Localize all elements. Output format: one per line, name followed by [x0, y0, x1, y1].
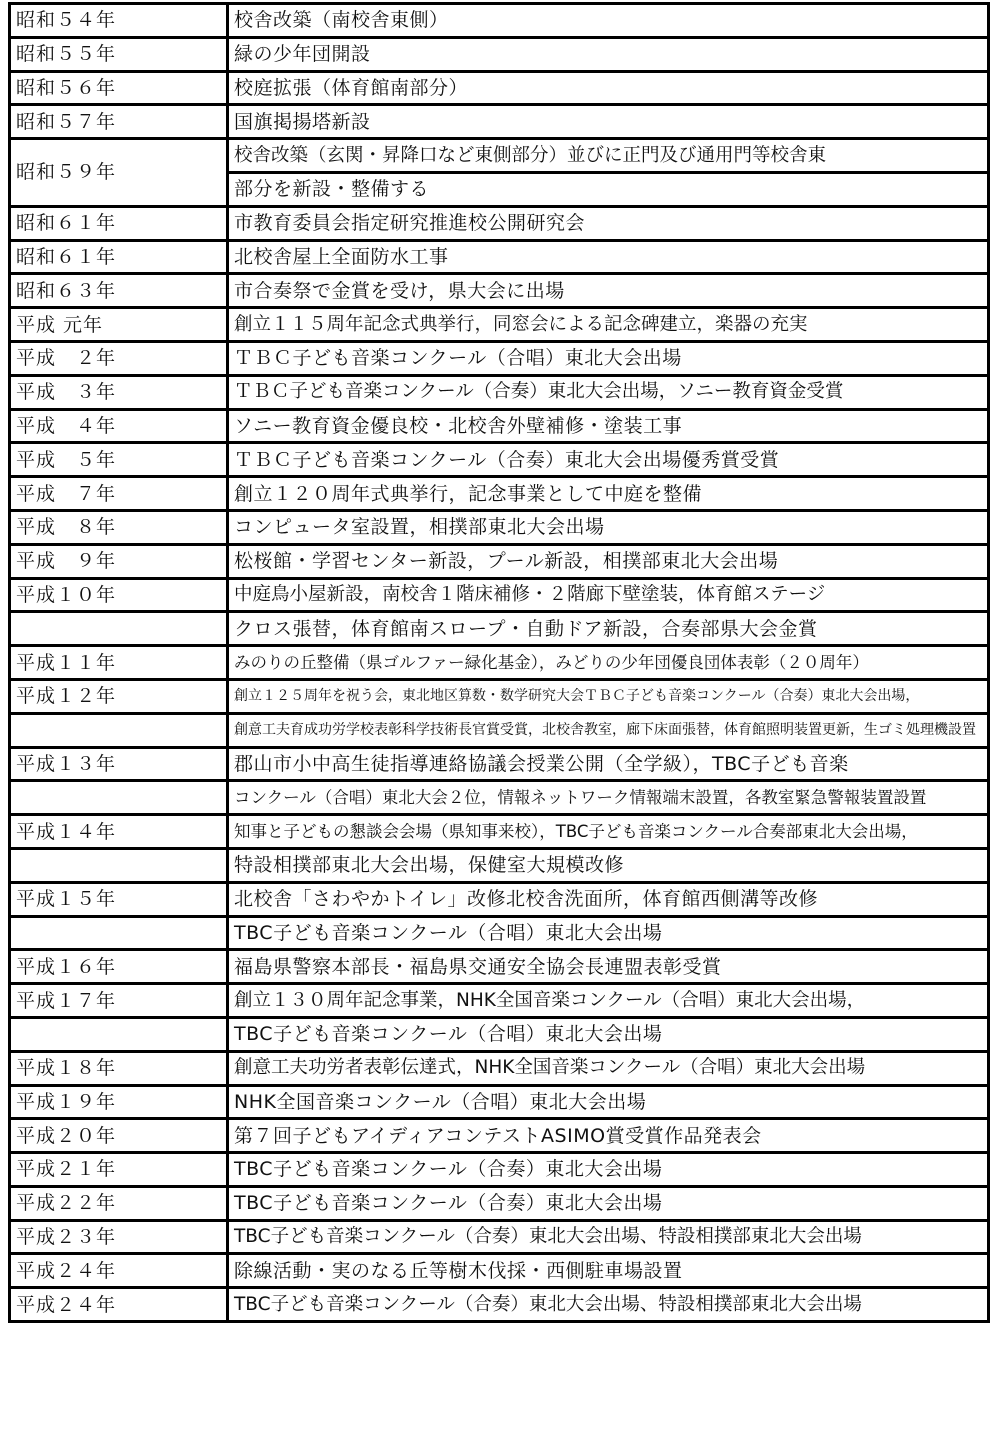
- event-cell: 中庭鳥小屋新設，南校舎１階床補修・２階廊下壁塗装，体育館ステージ: [228, 578, 989, 612]
- event-cell: 校舎改築（玄関・昇降口など東側部分）並びに正門及び通用門等校舎東: [228, 139, 989, 173]
- year-cell: 昭和６１年: [10, 206, 228, 240]
- year-cell: 平成 ７年: [10, 477, 228, 511]
- event-cell: TBC子ども音楽コンクール（合奏）東北大会出場、特設相撲部東北大会出場: [228, 1220, 989, 1254]
- year-cell: 平成１５年: [10, 882, 228, 916]
- table-row: コンクール（合唱）東北大会２位，情報ネットワーク情報端末設置，各教室緊急警報装置…: [10, 781, 989, 815]
- table-row: 昭和５５年緑の少年団開設: [10, 37, 989, 71]
- event-cell: 北校舎「さわやかトイレ」改修北校舎洗面所，体育館西側溝等改修: [228, 882, 989, 916]
- table-row: 平成１８年創意工夫功労者表彰伝達式，NHK全国音楽コンクール（合唱）東北大会出場: [10, 1051, 989, 1085]
- table-row: 平成１２年創立１２５周年を祝う会，東北地区算数・数学研究大会ＴＢＣ子ども音楽コン…: [10, 679, 989, 713]
- table-row: 平成１０年中庭鳥小屋新設，南校舎１階床補修・２階廊下壁塗装，体育館ステージ: [10, 578, 989, 612]
- school-history-table: 昭和５４年校舎改築（南校舎東側） 昭和５５年緑の少年団開設 昭和５６年校庭拡張（…: [8, 2, 990, 1323]
- table-row: 平成２４年TBC子ども音楽コンクール（合奏）東北大会出場、特設相撲部東北大会出場: [10, 1288, 989, 1322]
- year-cell: 平成１１年: [10, 646, 228, 680]
- table-row: 昭和６１年市教育委員会指定研究推進校公開研究会: [10, 206, 989, 240]
- year-cell: 昭和５７年: [10, 105, 228, 139]
- year-cell: 平成１７年: [10, 984, 228, 1018]
- event-cell: 国旗掲揚塔新設: [228, 105, 989, 139]
- year-cell: 平成１０年: [10, 578, 228, 612]
- table-row: 昭和５６年校庭拡張（体育館南部分）: [10, 71, 989, 105]
- table-row: 昭和５４年校舎改築（南校舎東側）: [10, 4, 989, 38]
- table-row: 平成２４年除線活動・実のなる丘等樹木伐採・西側駐車場設置: [10, 1254, 989, 1288]
- table-row: 平成１７年創立１３０周年記念事業，NHK全国音楽コンクール（合唱）東北大会出場，: [10, 984, 989, 1018]
- event-cell: 市合奏祭で金賞を受け，県大会に出場: [228, 274, 989, 308]
- year-cell: 平成 ９年: [10, 544, 228, 578]
- event-cell: コンクール（合唱）東北大会２位，情報ネットワーク情報端末設置，各教室緊急警報装置…: [228, 781, 989, 815]
- event-cell: TBC子ども音楽コンクール（合唱）東北大会出場: [228, 1017, 989, 1051]
- year-cell: 昭和５６年: [10, 71, 228, 105]
- event-cell: ＴＢＣ子ども音楽コンクール（合奏）東北大会出場優秀賞受賞: [228, 443, 989, 477]
- event-cell: コンピュータ室設置，相撲部東北大会出場: [228, 510, 989, 544]
- event-cell: NHK全国音楽コンクール（合唱）東北大会出場: [228, 1085, 989, 1119]
- year-cell: 平成２０年: [10, 1119, 228, 1153]
- event-cell: TBC子ども音楽コンクール（合唱）東北大会出場: [228, 916, 989, 950]
- event-cell: 創意工夫育成功労学校表彰科学技術長官賞受賞，北校舎教室，廊下床面張替，体育館照明…: [228, 713, 989, 747]
- table-row: 平成２２年TBC子ども音楽コンクール（合奏）東北大会出場: [10, 1186, 989, 1220]
- event-cell: 北校舎屋上全面防水工事: [228, 240, 989, 274]
- table-row: 平成１４年知事と子どもの懇談会会場（県知事来校），TBC子ども音楽コンクール合奏…: [10, 815, 989, 849]
- table-row: 平成 ２年ＴＢＣ子ども音楽コンクール（合唱）東北大会出場: [10, 341, 989, 375]
- year-cell: 平成２４年: [10, 1254, 228, 1288]
- event-cell: 特設相撲部東北大会出場，保健室大規模改修: [228, 848, 989, 882]
- event-cell: 郡山市小中高生徒指導連絡協議会授業公開（全学級），TBC子ども音楽: [228, 747, 989, 781]
- year-cell: 平成１８年: [10, 1051, 228, 1085]
- event-cell: 校舎改築（南校舎東側）: [228, 4, 989, 38]
- year-cell: [10, 916, 228, 950]
- year-cell: 平成１２年: [10, 679, 228, 713]
- year-cell: 昭和６３年: [10, 274, 228, 308]
- table-row: 平成２３年TBC子ども音楽コンクール（合奏）東北大会出場、特設相撲部東北大会出場: [10, 1220, 989, 1254]
- table-row: 平成 元年創立１１５周年記念式典挙行，同窓会による記念碑建立，楽器の充実: [10, 308, 989, 342]
- year-cell: 昭和５９年: [10, 139, 228, 207]
- event-cell: みのりの丘整備（県ゴルファー緑化基金），みどりの少年団優良団体表彰（２０周年）: [228, 646, 989, 680]
- year-cell: [10, 713, 228, 747]
- table-row: 平成１３年郡山市小中高生徒指導連絡協議会授業公開（全学級），TBC子ども音楽: [10, 747, 989, 781]
- event-cell: TBC子ども音楽コンクール（合奏）東北大会出場、特設相撲部東北大会出場: [228, 1288, 989, 1322]
- year-cell: 平成 ４年: [10, 409, 228, 443]
- table-row: 昭和６３年市合奏祭で金賞を受け，県大会に出場: [10, 274, 989, 308]
- table-row: 平成１１年みのりの丘整備（県ゴルファー緑化基金），みどりの少年団優良団体表彰（２…: [10, 646, 989, 680]
- year-cell: 昭和５５年: [10, 37, 228, 71]
- event-cell: ＴＢＣ子ども音楽コンクール（合唱）東北大会出場: [228, 341, 989, 375]
- table-row: 平成 ３年ＴＢＣ子ども音楽コンクール（合奏）東北大会出場，ソニー教育資金受賞: [10, 375, 989, 409]
- year-cell: 平成１３年: [10, 747, 228, 781]
- year-cell: 平成 ３年: [10, 375, 228, 409]
- event-cell: 知事と子どもの懇談会会場（県知事来校），TBC子ども音楽コンクール合奏部東北大会…: [228, 815, 989, 849]
- table-row: 平成１６年福島県警察本部長・福島県交通安全協会長連盟表彰受賞: [10, 950, 989, 984]
- year-cell: 平成 ５年: [10, 443, 228, 477]
- event-cell: TBC子ども音楽コンクール（合奏）東北大会出場: [228, 1186, 989, 1220]
- table-row: 昭和６１年北校舎屋上全面防水工事: [10, 240, 989, 274]
- table-row: クロス張替，体育館南スロープ・自動ドア新設，合奏部県大会金賞: [10, 612, 989, 646]
- year-cell: 平成１４年: [10, 815, 228, 849]
- table-row: TBC子ども音楽コンクール（合唱）東北大会出場: [10, 1017, 989, 1051]
- table-row: 平成１５年北校舎「さわやかトイレ」改修北校舎洗面所，体育館西側溝等改修: [10, 882, 989, 916]
- event-cell: 創立１２０周年式典挙行，記念事業として中庭を整備: [228, 477, 989, 511]
- year-cell: 平成 ２年: [10, 341, 228, 375]
- event-cell: 創立１１５周年記念式典挙行，同窓会による記念碑建立，楽器の充実: [228, 308, 989, 342]
- year-cell: 平成１６年: [10, 950, 228, 984]
- event-cell: 第７回子どもアイディアコンテストASIMO賞受賞作品発表会: [228, 1119, 989, 1153]
- event-cell: 市教育委員会指定研究推進校公開研究会: [228, 206, 989, 240]
- table-row: TBC子ども音楽コンクール（合唱）東北大会出場: [10, 916, 989, 950]
- table-row: 平成 ５年ＴＢＣ子ども音楽コンクール（合奏）東北大会出場優秀賞受賞: [10, 443, 989, 477]
- table-row: 創意工夫育成功労学校表彰科学技術長官賞受賞，北校舎教室，廊下床面張替，体育館照明…: [10, 713, 989, 747]
- event-cell: TBC子ども音楽コンクール（合奏）東北大会出場: [228, 1153, 989, 1187]
- event-cell: 創立１２５周年を祝う会，東北地区算数・数学研究大会ＴＢＣ子ども音楽コンクール（合…: [228, 679, 989, 713]
- event-cell: 緑の少年団開設: [228, 37, 989, 71]
- event-cell: ＴＢＣ子ども音楽コンクール（合奏）東北大会出場，ソニー教育資金受賞: [228, 375, 989, 409]
- event-cell: 校庭拡張（体育館南部分）: [228, 71, 989, 105]
- year-cell: 平成２３年: [10, 1220, 228, 1254]
- event-cell: 松桜館・学習センター新設，プール新設，相撲部東北大会出場: [228, 544, 989, 578]
- table-row: 昭和５９年校舎改築（玄関・昇降口など東側部分）並びに正門及び通用門等校舎東: [10, 139, 989, 173]
- table-row: 平成１９年NHK全国音楽コンクール（合唱）東北大会出場: [10, 1085, 989, 1119]
- year-cell: 平成 元年: [10, 308, 228, 342]
- table-row: 平成 ９年松桜館・学習センター新設，プール新設，相撲部東北大会出場: [10, 544, 989, 578]
- year-cell: 平成 ８年: [10, 510, 228, 544]
- year-cell: [10, 781, 228, 815]
- year-cell: 平成２１年: [10, 1153, 228, 1187]
- table-row: 平成２０年第７回子どもアイディアコンテストASIMO賞受賞作品発表会: [10, 1119, 989, 1153]
- table-row: 平成 ８年コンピュータ室設置，相撲部東北大会出場: [10, 510, 989, 544]
- event-cell: クロス張替，体育館南スロープ・自動ドア新設，合奏部県大会金賞: [228, 612, 989, 646]
- year-cell: 昭和５４年: [10, 4, 228, 38]
- table-row: 平成 ４年ソニー教育資金優良校・北校舎外壁補修・塗装工事: [10, 409, 989, 443]
- event-cell: 福島県警察本部長・福島県交通安全協会長連盟表彰受賞: [228, 950, 989, 984]
- table-row: 平成２１年TBC子ども音楽コンクール（合奏）東北大会出場: [10, 1153, 989, 1187]
- table-row: 平成 ７年創立１２０周年式典挙行，記念事業として中庭を整備: [10, 477, 989, 511]
- year-cell: 昭和６１年: [10, 240, 228, 274]
- event-cell: ソニー教育資金優良校・北校舎外壁補修・塗装工事: [228, 409, 989, 443]
- year-cell: [10, 848, 228, 882]
- table-row: 昭和５７年国旗掲揚塔新設: [10, 105, 989, 139]
- event-cell: 除線活動・実のなる丘等樹木伐採・西側駐車場設置: [228, 1254, 989, 1288]
- year-cell: 平成２４年: [10, 1288, 228, 1322]
- year-cell: 平成２２年: [10, 1186, 228, 1220]
- year-cell: 平成１９年: [10, 1085, 228, 1119]
- year-cell: [10, 612, 228, 646]
- event-cell: 創立１３０周年記念事業，NHK全国音楽コンクール（合唱）東北大会出場，: [228, 984, 989, 1018]
- event-cell: 部分を新設・整備する: [228, 172, 989, 206]
- table-row: 特設相撲部東北大会出場，保健室大規模改修: [10, 848, 989, 882]
- year-cell: [10, 1017, 228, 1051]
- event-cell: 創意工夫功労者表彰伝達式，NHK全国音楽コンクール（合唱）東北大会出場: [228, 1051, 989, 1085]
